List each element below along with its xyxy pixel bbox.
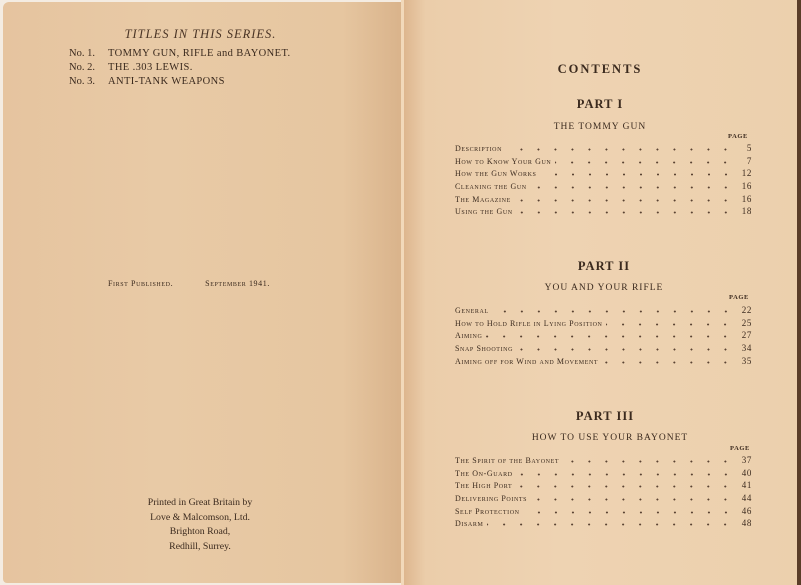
leader-dots [493,310,734,313]
part-title: PART III [545,409,665,424]
toc-entry[interactable]: Description5 [455,143,752,156]
toc-entry-page: 12 [738,168,752,178]
part-title: PART I [540,97,660,112]
toc-entry[interactable]: Snap Shooting34 [455,343,752,356]
toc-part-2: General22 How to Hold Rifle in Lying Pos… [455,305,752,368]
toc-entry-page: 41 [738,480,752,490]
toc-entry[interactable]: Disarm48 [455,518,752,531]
toc-entry-title: The High Port [455,481,512,490]
toc-entry[interactable]: General22 [455,305,752,318]
series-title: TITLES IN THIS SERIES. [118,27,283,42]
series-number: No. 1. [69,47,108,61]
toc-part-3: The Spirit of the Bayonet37 The On-Guard… [455,455,752,531]
toc-entry-title: The Spirit of the Bayonet [455,456,559,465]
series-number: No. 2. [69,61,108,75]
series-number: No. 3. [69,75,108,89]
toc-entry-title: How to Know Your Gun [455,157,551,166]
printer-line: Love & Malcomson, Ltd. [130,511,270,526]
series-list: No. 1. TOMMY GUN, RIFLE and BAYONET. No.… [69,47,291,89]
toc-entry-title: Snap Shooting [455,344,513,353]
leader-dots [487,523,734,526]
printer-line: Redhill, Surrey. [130,540,270,555]
toc-entry[interactable]: Self Protection46 [455,506,752,519]
toc-entry[interactable]: Aiming27 [455,330,752,343]
toc-entry-page: 44 [738,493,752,503]
first-published-label: First Published. [108,279,173,288]
leader-dots [517,211,734,214]
leader-dots [516,485,734,488]
toc-entry-page: 16 [738,181,752,191]
toc-entry[interactable]: Delivering Points44 [455,493,752,506]
page-column-label: PAGE [729,294,749,301]
toc-entry-page: 7 [738,156,752,166]
toc-entry-title: Using the Gun [455,207,513,216]
toc-entry-page: 5 [738,143,752,153]
leader-dots [517,473,734,476]
part-subtitle: YOU AND YOUR RIFLE [504,283,704,293]
toc-entry-title: Disarm [455,519,483,528]
part-subtitle: HOW TO USE YOUR BAYONET [495,433,725,443]
leader-dots [515,199,734,202]
toc-entry[interactable]: Aiming off for Wind and Movement35 [455,356,752,369]
toc-entry-page: 48 [738,518,752,528]
toc-entry[interactable]: Using the Gun18 [455,206,752,219]
toc-entry-title: Self Protection [455,507,520,516]
printer-line: Printed in Great Britain by [130,496,270,511]
toc-entry-page: 22 [738,305,752,315]
book-spine [401,0,404,585]
toc-entry-title: How to Hold Rifle in Lying Position [455,319,602,328]
toc-entry-page: 35 [738,356,752,366]
printer-line: Brighton Road, [130,525,270,540]
series-item: No. 3. ANTI-TANK WEAPONS [69,75,291,89]
series-name: ANTI-TANK WEAPONS [108,75,225,89]
toc-entry-page: 25 [738,318,752,328]
toc-entry[interactable]: How to Know Your Gun7 [455,156,752,169]
toc-entry-page: 16 [738,194,752,204]
page-column-label: PAGE [730,445,750,452]
toc-entry[interactable]: How to Hold Rifle in Lying Position25 [455,318,752,331]
leader-dots [555,161,734,164]
leader-dots [531,186,734,189]
page-column-label: PAGE [728,133,748,140]
toc-entry-title: How the Gun Works [455,169,537,178]
toc-part-1: Description5 How to Know Your Gun7 How t… [455,143,752,219]
toc-entry[interactable]: How the Gun Works12 [455,168,752,181]
leader-dots [506,148,734,151]
leader-dots [602,361,734,364]
series-item: No. 2. THE .303 LEWIS. [69,61,291,75]
leader-dots [531,498,734,501]
publication-info: First Published. September 1941. [108,279,270,288]
toc-entry-page: 18 [738,206,752,216]
part-title: PART II [544,259,664,274]
toc-entry[interactable]: Cleaning the Gun16 [455,181,752,194]
first-published-date: September 1941. [205,279,270,288]
printer-imprint: Printed in Great Britain by Love & Malco… [130,496,270,554]
leader-dots [524,511,734,514]
toc-entry-title: Aiming [455,331,482,340]
leader-dots [606,323,734,326]
toc-entry-title: Aiming off for Wind and Movement [455,357,598,366]
toc-entry-page: 46 [738,506,752,516]
toc-entry-page: 34 [738,343,752,353]
toc-entry[interactable]: The On-Guard40 [455,468,752,481]
toc-entry-title: The On-Guard [455,469,513,478]
book-spread: TITLES IN THIS SERIES. No. 1. TOMMY GUN,… [0,0,801,585]
toc-entry[interactable]: The Spirit of the Bayonet37 [455,455,752,468]
leader-dots [517,348,734,351]
leader-dots [486,335,734,338]
toc-entry-title: The Magazine [455,195,511,204]
toc-entry[interactable]: The Magazine16 [455,194,752,207]
toc-entry-title: Cleaning the Gun [455,182,527,191]
contents-heading: CONTENTS [540,62,660,77]
toc-entry-page: 37 [738,455,752,465]
series-name: THE .303 LEWIS. [108,61,193,75]
toc-entry-title: Description [455,144,502,153]
toc-entry[interactable]: The High Port41 [455,480,752,493]
series-item: No. 1. TOMMY GUN, RIFLE and BAYONET. [69,47,291,61]
toc-entry-title: Delivering Points [455,494,527,503]
toc-entry-page: 27 [738,330,752,340]
leader-dots [563,460,734,463]
toc-entry-title: General [455,306,489,315]
series-name: TOMMY GUN, RIFLE and BAYONET. [108,47,291,61]
page-edge [797,0,801,585]
toc-entry-page: 40 [738,468,752,478]
leader-dots [541,173,735,176]
part-subtitle: THE TOMMY GUN [500,122,700,132]
